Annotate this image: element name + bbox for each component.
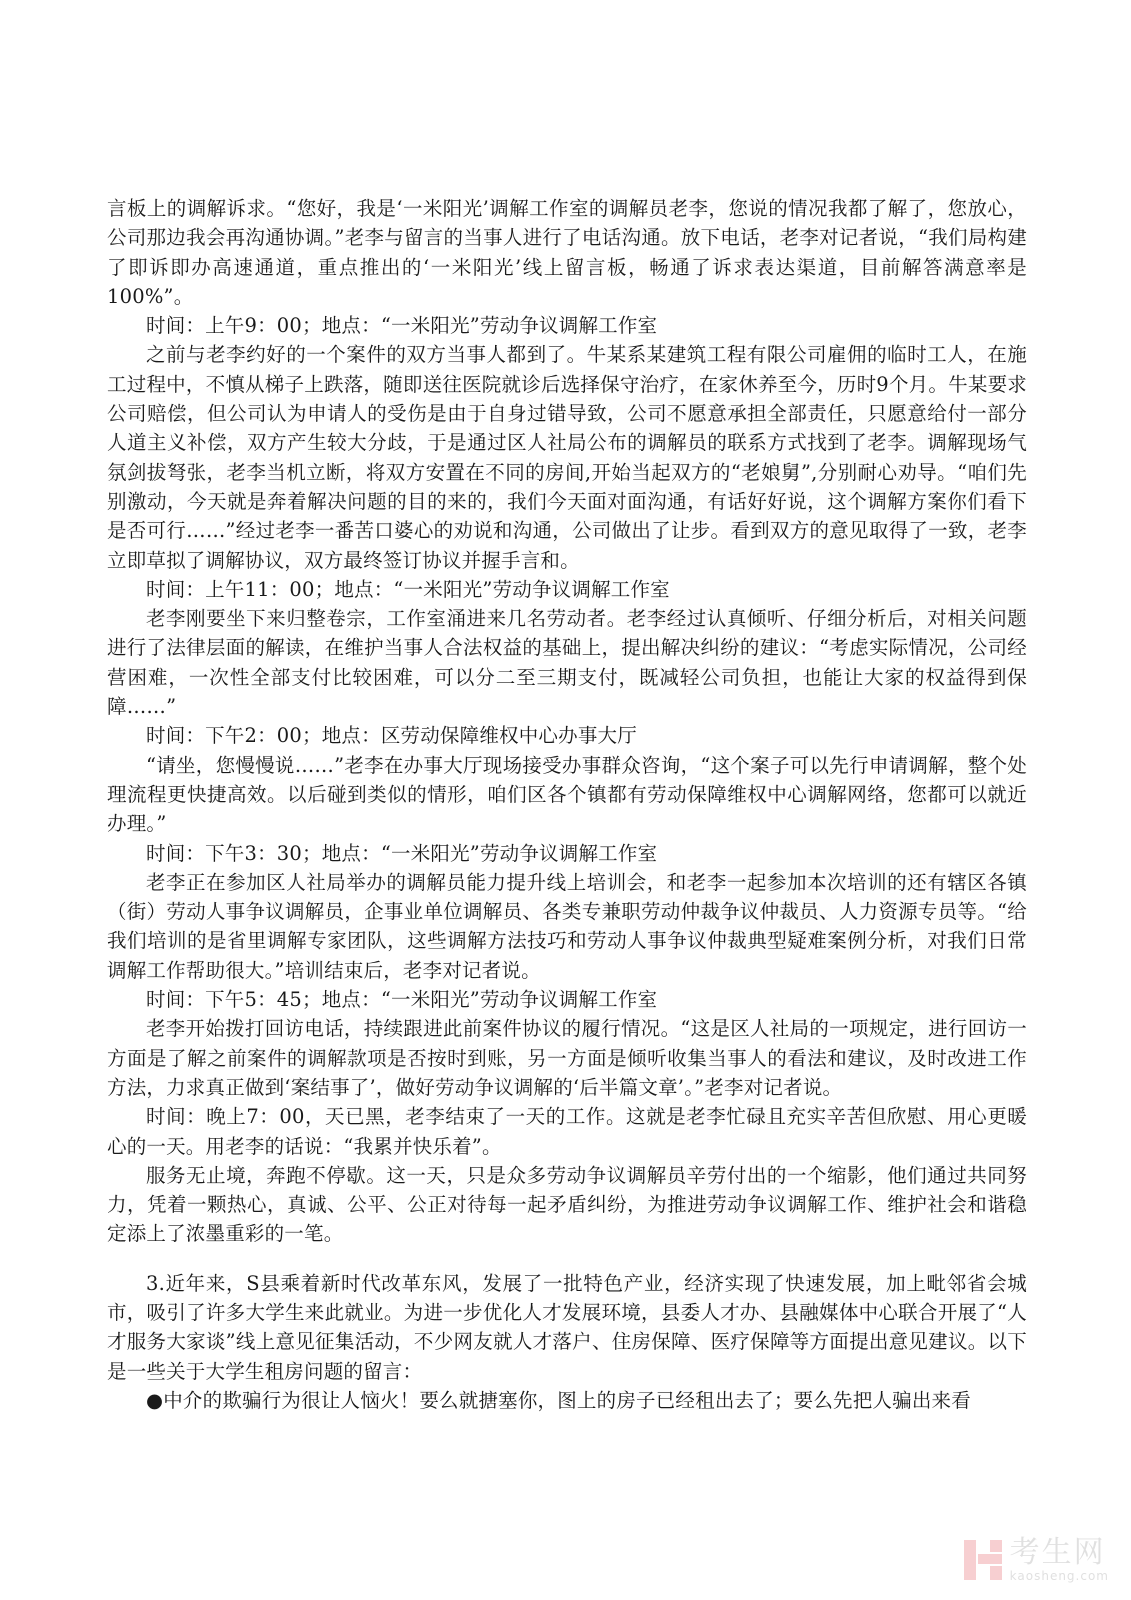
section-gap	[107, 1249, 1027, 1269]
watermark-cn-text: 考生网	[1010, 1538, 1109, 1568]
time-location-1745: 时间：下午5：45；地点：“一米阳光”劳动争议调解工作室	[107, 985, 1027, 1014]
paragraph-evening: 时间：晚上7：00，天已黑，老李结束了一天的工作。这就是老李忙碌且充实辛苦但欣慰…	[107, 1102, 1027, 1161]
paragraph-hall-consultation: “请坐，您慢慢说……”老李在办事大厅现场接受办事群众咨询，“这个案子可以先行申请…	[107, 751, 1027, 839]
time-location-0900: 时间：上午9：00；地点：“一米阳光”劳动争议调解工作室	[107, 311, 1027, 340]
kaosheng-watermark: 考生网 kaosheng.com	[964, 1538, 1109, 1582]
paragraph-workers-visit: 老李刚要坐下来归整卷宗，工作室涌进来几名劳动者。老李经过认真倾听、仔细分析后，对…	[107, 604, 1027, 721]
time-location-1100: 时间：上午11：00；地点：“一米阳光”劳动争议调解工作室	[107, 575, 1027, 604]
time-location-1400: 时间：下午2：00；地点：区劳动保障维权中心办事大厅	[107, 721, 1027, 750]
question-3-prompt: 3.近年来，S县乘着新时代改革东风，发展了一批特色产业，经济实现了快速发展，加上…	[107, 1269, 1027, 1386]
paragraph-training: 老李正在参加区人社局举办的调解员能力提升线上培训会，和老李一起参加本次培训的还有…	[107, 868, 1027, 985]
paragraph-follow-up-calls: 老李开始拨打回访电话，持续跟进此前案件协议的履行情况。“这是区人社局的一项规定，…	[107, 1014, 1027, 1102]
paragraph-case-niu: 之前与老李约好的一个案件的双方当事人都到了。牛某系某建筑工程有限公司雇佣的临时工…	[107, 340, 1027, 574]
paragraph-intro-continued: 言板上的调解诉求。“您好，我是‘一米阳光’调解工作室的调解员老李，您说的情况我都…	[107, 194, 1027, 311]
comment-item-1: ●中介的欺骗行为很让人恼火！要么就搪塞你，图上的房子已经租出去了；要么先把人骗出…	[107, 1386, 1027, 1415]
time-location-1530: 时间：下午3：30；地点：“一米阳光”劳动争议调解工作室	[107, 839, 1027, 868]
kaosheng-logo-icon	[964, 1540, 1002, 1580]
document-page: 言板上的调解诉求。“您好，我是‘一米阳光’调解工作室的调解员老李，您说的情况我都…	[107, 194, 1027, 1415]
watermark-en-text: kaosheng.com	[1010, 1570, 1109, 1582]
paragraph-conclusion: 服务无止境，奔跑不停歇。这一天，只是众多劳动争议调解员辛劳付出的一个缩影，他们通…	[107, 1161, 1027, 1249]
